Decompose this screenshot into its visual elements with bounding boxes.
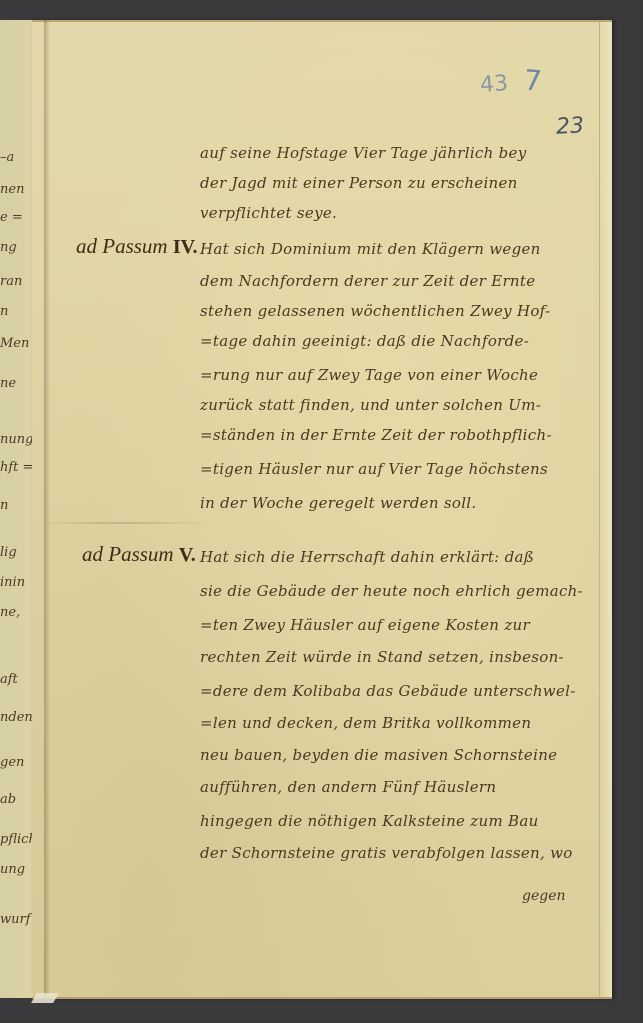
- left-page-fragment: ne: [0, 376, 16, 391]
- section-heading-prefix: ad Passum: [82, 542, 174, 566]
- catchword: gegen: [522, 888, 566, 904]
- left-page-fragment: nden: [0, 710, 33, 725]
- body-line: =tigen Häusler nur auf Vier Tage höchste…: [200, 460, 548, 478]
- section-v-heading: ad Passum V.: [82, 542, 196, 567]
- left-page-fragment: ne,: [0, 605, 20, 620]
- body-line: dem Nachfordern derer zur Zeit der Ernte: [200, 272, 535, 290]
- left-page-fragment: –a: [0, 150, 14, 165]
- body-line: Hat sich die Herrschaft dahin erklärt: d…: [200, 548, 534, 566]
- left-page-fragment: e =: [0, 210, 23, 225]
- body-line: in der Woche geregelt werden soll.: [200, 494, 476, 512]
- section-heading-prefix: ad Passum: [76, 234, 168, 258]
- left-page-fragment: ng: [0, 240, 17, 255]
- left-page-fragment: ung: [0, 862, 25, 877]
- section-numeral: V.: [179, 544, 196, 566]
- body-line: hingegen die nöthigen Kalksteine zum Bau: [200, 812, 539, 830]
- section-iv-heading: ad Passum IV.: [76, 234, 198, 259]
- section-numeral: IV.: [173, 236, 198, 258]
- left-page-fragment: n: [0, 304, 8, 319]
- left-page-fragment: Men: [0, 336, 29, 351]
- body-line: =ten Zwey Häusler auf eigene Kosten zur: [200, 616, 530, 634]
- left-page-fragment: ab: [0, 792, 16, 807]
- left-page-fragment: nen: [0, 182, 24, 197]
- left-page-fragment: inin: [0, 575, 25, 590]
- left-page-fragment: ran: [0, 274, 22, 289]
- body-line: =len und decken, dem Britka vollkommen: [200, 714, 531, 732]
- body-line: zurück statt finden, und unter solchen U…: [200, 396, 541, 414]
- binding-gutter-shadow: [44, 20, 50, 998]
- body-line: =rung nur auf Zwey Tage von einer Woche: [200, 366, 538, 384]
- body-line: Hat sich Dominium mit den Klägern wegen: [200, 240, 541, 258]
- left-page-fragment: gen: [0, 755, 24, 770]
- left-page-fragment: n: [0, 498, 8, 513]
- body-line: neu bauen, beyden die masiven Schornstei…: [200, 746, 557, 764]
- manuscript-page: 43 7 23 auf seine Hofstage Vier Tage jäh…: [32, 20, 612, 999]
- body-line: der Schornsteine gratis verabfolgen lass…: [200, 844, 573, 862]
- folio-number-blue: 7: [523, 63, 543, 97]
- body-line: rechten Zeit würde in Stand setzen, insb…: [200, 648, 564, 666]
- folio-number-ink: 23: [555, 113, 584, 139]
- left-page-fragment: lig: [0, 545, 17, 560]
- body-line: der Jagd mit einer Person zu erscheinen: [200, 174, 518, 192]
- body-line: sie die Gebäude der heute noch ehrlich g…: [200, 582, 583, 600]
- left-page-fragment: hft =: [0, 460, 33, 475]
- left-page-fragment: wurf: [0, 912, 31, 927]
- body-line: auf seine Hofstage Vier Tage jährlich be…: [200, 144, 527, 162]
- body-line: =tage dahin geeinigt: daß die Nachforde-: [200, 332, 529, 350]
- body-line: aufführen, den andern Fünf Häuslern: [200, 778, 496, 796]
- left-page-fragment: aft: [0, 672, 18, 687]
- body-line: =dere dem Kolibaba das Gebäude unterschw…: [200, 682, 576, 700]
- paper-fold-crease: [32, 522, 212, 524]
- folio-number-pencil: 43: [479, 71, 509, 98]
- body-line: =ständen in der Ernte Zeit der robothpfl…: [200, 426, 552, 444]
- body-line: stehen gelassenen wöchentlichen Zwey Hof…: [200, 302, 550, 320]
- page-corner-tab: [31, 993, 59, 1003]
- left-page-fragment: nung: [0, 432, 33, 447]
- body-line: verpflichtet seye.: [200, 204, 337, 222]
